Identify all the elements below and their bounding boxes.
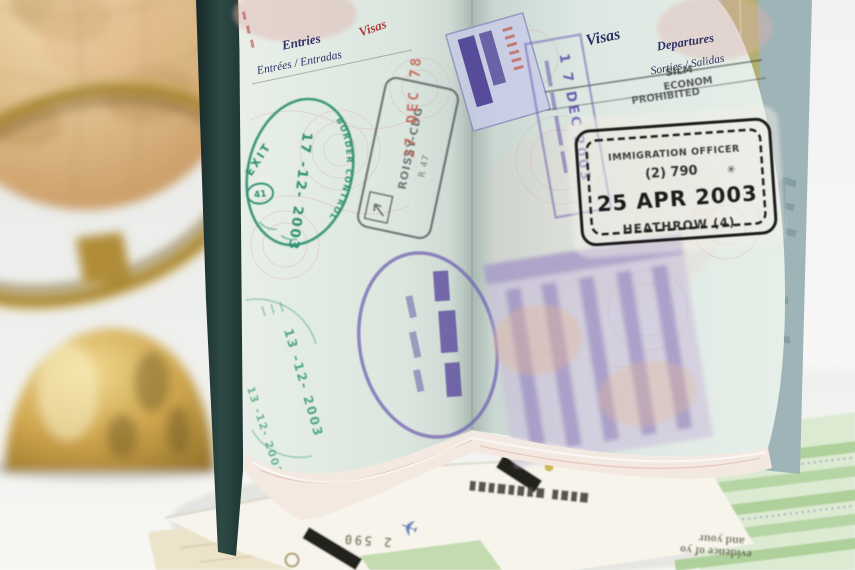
globe-base-highlight [38,344,98,440]
exit-stamp-badge-number: 41 [253,189,267,200]
heathrow-star: ✳ [726,163,736,177]
heathrow-stamp: IMMIGRATION OFFICER (2) 790 ✳ 25 APR 200… [565,105,786,259]
ornate-visa [480,234,713,468]
globe-stem [76,232,132,286]
photo-passport-scene: ✈ 2 590 and your evidence of yo [0,0,855,570]
scene-svg: ✈ 2 590 and your evidence of yo [0,0,855,570]
